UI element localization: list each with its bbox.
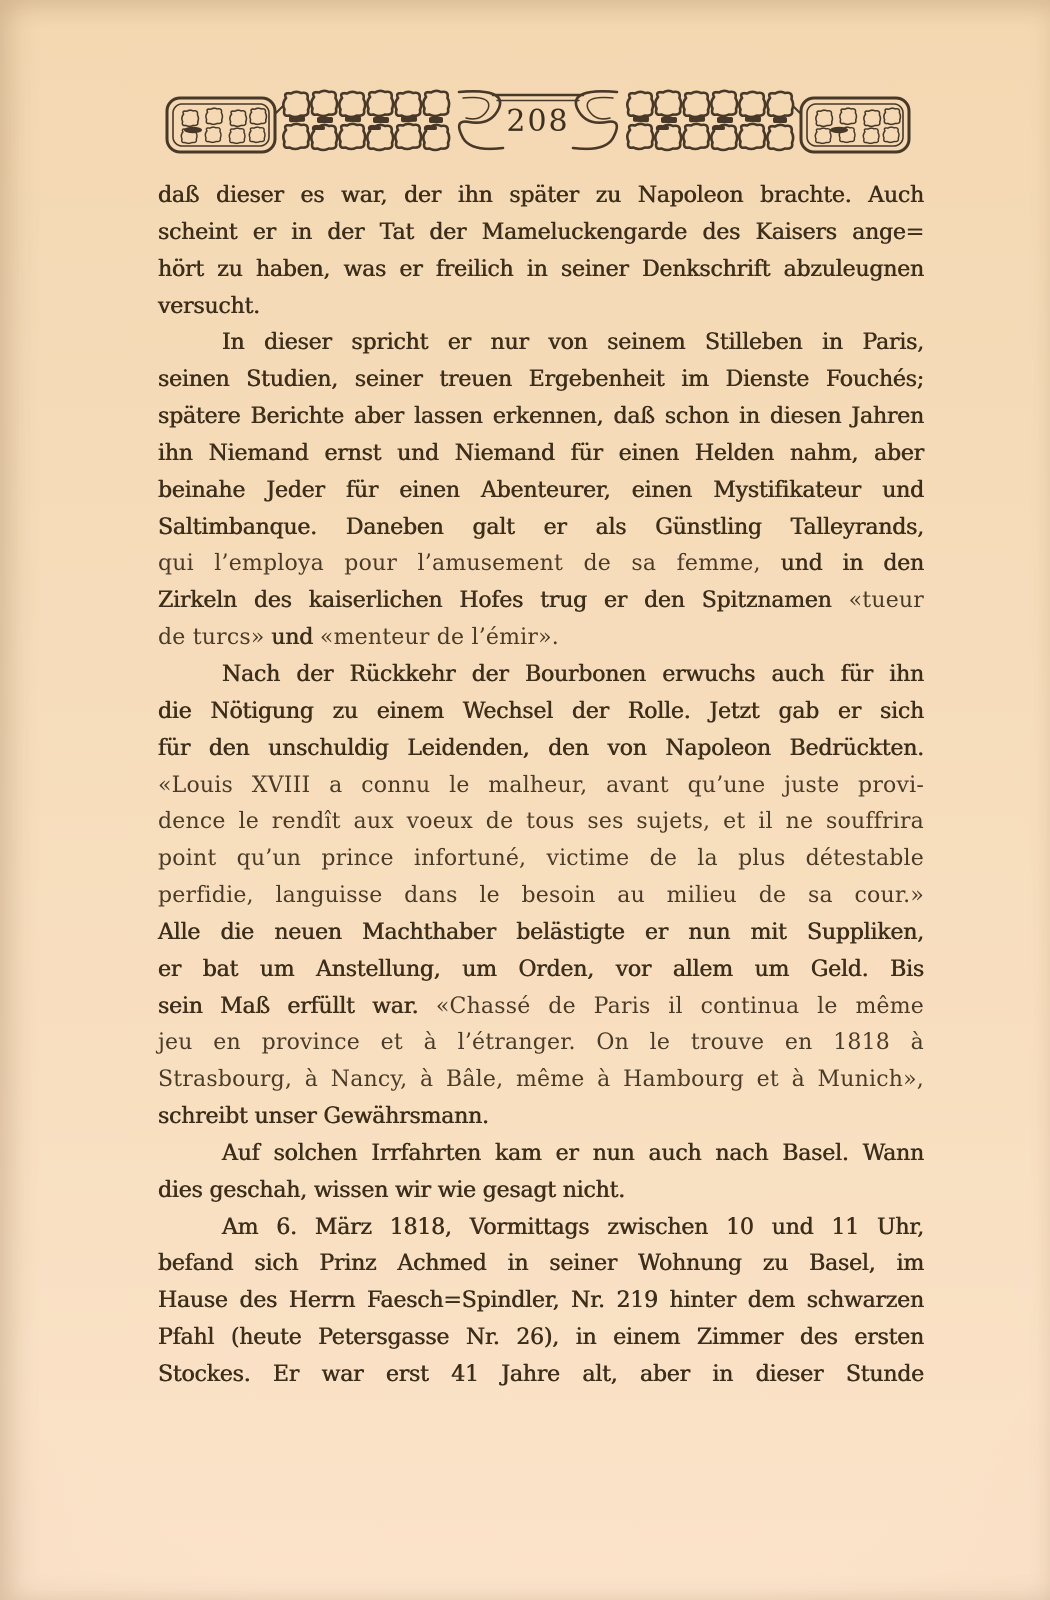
fraktur-text-segment: für den unschuldig Leidenden, den von Na…: [158, 736, 924, 761]
paragraph: Am 6. März 1818, Vormittags zwischen 10 …: [158, 1210, 924, 1394]
text-line: Saltimbanque. Daneben galt er als Günstl…: [158, 510, 924, 547]
text-line: hört zu haben, was er freilich in seiner…: [158, 252, 924, 289]
fraktur-text-segment: Hause des Herrn Faesch=Spindler, Nr. 219…: [158, 1288, 924, 1313]
text-line: Alle die neuen Machthaber belästigte er …: [158, 915, 924, 952]
fraktur-text-segment: befand sich Prinz Achmed in seiner Wohnu…: [158, 1251, 924, 1276]
text-line: spätere Berichte aber lassen erkennen, d…: [158, 399, 924, 436]
fraktur-text-segment: ihn Niemand ernst und Niemand für einen …: [158, 441, 924, 466]
fraktur-text-segment: schreibt unser Gewährsmann.: [158, 1104, 489, 1129]
paragraph: Auf solchen Irrfahrten kam er nun auch n…: [158, 1136, 924, 1210]
fraktur-text-segment: Saltimbanque. Daneben galt er als Günstl…: [158, 515, 924, 540]
book-page: 208 daß dieser es war, der ihn später zu…: [0, 0, 1050, 1600]
text-line: versucht.: [158, 289, 924, 326]
page-number: 208: [163, 104, 913, 139]
text-line: de turcs» und «menteur de l’émir».: [158, 620, 924, 657]
text-line: befand sich Prinz Achmed in seiner Wohnu…: [158, 1246, 924, 1283]
text-line: Zirkeln des kaiserlichen Hofes trug er d…: [158, 583, 924, 620]
fraktur-text-segment: sein Maß erfüllt war.: [158, 994, 436, 1019]
text-line: seinen Studien, seiner treuen Ergebenhei…: [158, 362, 924, 399]
text-line: perfidie, languisse dans le besoin au mi…: [158, 878, 924, 915]
text-line: dies geschah, wissen wir wie gesagt nich…: [158, 1173, 924, 1210]
fraktur-text-segment: spätere Berichte aber lassen erkennen, d…: [158, 404, 924, 429]
antiqua-text-segment: Strasbourg, à Nancy, à Bâle, même à Hamb…: [158, 1067, 924, 1092]
text-line: «Louis XVIII a connu le malheur, avant q…: [158, 768, 924, 805]
antiqua-text-segment: «menteur de l’émir».: [320, 625, 559, 650]
paragraph: Nach der Rückkehr der Bourbonen erwuchs …: [158, 657, 924, 1136]
fraktur-text-segment: hört zu haben, was er freilich in seiner…: [158, 257, 924, 282]
fraktur-text-segment: Pfahl (heute Petersgasse Nr. 26), in ein…: [158, 1325, 924, 1350]
antiqua-text-segment: point qu’un prince infortuné, victime de…: [158, 846, 924, 871]
antiqua-text-segment: de turcs»: [158, 625, 265, 650]
text-line: er bat um Anstellung, um Orden, vor alle…: [158, 952, 924, 989]
fraktur-text-segment: er bat um Anstellung, um Orden, vor alle…: [158, 957, 924, 982]
fraktur-text-segment: In dieser spricht er nur von seinem Stil…: [222, 330, 924, 355]
text-line: Auf solchen Irrfahrten kam er nun auch n…: [158, 1136, 924, 1173]
antiqua-text-segment: «Louis XVIII a connu le malheur, avant q…: [158, 773, 924, 798]
text-line: jeu en province et à l’étranger. On le t…: [158, 1025, 924, 1062]
fraktur-text-segment: versucht.: [158, 294, 260, 319]
text-line: In dieser spricht er nur von seinem Stil…: [158, 325, 924, 362]
text-block: daß dieser es war, der ihn später zu Nap…: [158, 178, 924, 1394]
header-band: 208: [163, 82, 913, 162]
text-line: ihn Niemand ernst und Niemand für einen …: [158, 436, 924, 473]
antiqua-text-segment: jeu en province et à l’étranger. On le t…: [158, 1030, 924, 1055]
fraktur-text-segment: beinahe Jeder für einen Abenteurer, eine…: [158, 478, 924, 503]
text-line: Pfahl (heute Petersgasse Nr. 26), in ein…: [158, 1320, 924, 1357]
antiqua-text-segment: «tueur: [849, 588, 924, 613]
text-line: daß dieser es war, der ihn später zu Nap…: [158, 178, 924, 215]
fraktur-text-segment: Auf solchen Irrfahrten kam er nun auch n…: [222, 1141, 924, 1166]
fraktur-text-segment: die Nötigung zu einem Wechsel der Rolle.…: [158, 699, 924, 724]
text-line: Hause des Herrn Faesch=Spindler, Nr. 219…: [158, 1283, 924, 1320]
text-line: dence le rendît aux voeux de tous ses su…: [158, 804, 924, 841]
text-line: Nach der Rückkehr der Bourbonen erwuchs …: [158, 657, 924, 694]
fraktur-text-segment: Am 6. März 1818, Vormittags zwischen 10 …: [222, 1215, 924, 1240]
paragraph: In dieser spricht er nur von seinem Stil…: [158, 325, 924, 657]
text-line: für den unschuldig Leidenden, den von Na…: [158, 731, 924, 768]
antiqua-text-segment: «Chassé de Paris il continua le même: [436, 994, 924, 1019]
text-line: Stockes. Er war erst 41 Jahre alt, aber …: [158, 1357, 924, 1394]
fraktur-text-segment: Zirkeln des kaiserlichen Hofes trug er d…: [158, 588, 849, 613]
antiqua-text-segment: perfidie, languisse dans le besoin au mi…: [158, 883, 924, 908]
text-line: Strasbourg, à Nancy, à Bâle, même à Hamb…: [158, 1062, 924, 1099]
fraktur-text-segment: Alle die neuen Machthaber belästigte er …: [158, 920, 924, 945]
fraktur-text-segment: Nach der Rückkehr der Bourbonen erwuchs …: [222, 662, 924, 687]
fraktur-text-segment: seinen Studien, seiner treuen Ergebenhei…: [158, 367, 924, 392]
text-line: scheint er in der Tat der Mameluckengard…: [158, 215, 924, 252]
text-line: sein Maß erfüllt war. «Chassé de Paris i…: [158, 989, 924, 1026]
fraktur-text-segment: scheint er in der Tat der Mameluckengard…: [158, 220, 924, 245]
fraktur-text-segment: dies geschah, wissen wir wie gesagt nich…: [158, 1178, 625, 1203]
text-line: Am 6. März 1818, Vormittags zwischen 10 …: [158, 1210, 924, 1247]
text-line: beinahe Jeder für einen Abenteurer, eine…: [158, 473, 924, 510]
text-line: die Nötigung zu einem Wechsel der Rolle.…: [158, 694, 924, 731]
antiqua-text-segment: qui l’employa pour l’amusement de sa fem…: [158, 551, 761, 576]
fraktur-text-segment: und in den: [761, 551, 924, 576]
text-line: qui l’employa pour l’amusement de sa fem…: [158, 546, 924, 583]
fraktur-text-segment: daß dieser es war, der ihn später zu Nap…: [158, 183, 924, 208]
fraktur-text-segment: und: [265, 625, 320, 650]
text-line: schreibt unser Gewährsmann.: [158, 1099, 924, 1136]
fraktur-text-segment: Stockes. Er war erst 41 Jahre alt, aber …: [158, 1362, 924, 1387]
antiqua-text-segment: dence le rendît aux voeux de tous ses su…: [158, 809, 924, 834]
text-line: point qu’un prince infortuné, victime de…: [158, 841, 924, 878]
paragraph: daß dieser es war, der ihn später zu Nap…: [158, 178, 924, 325]
